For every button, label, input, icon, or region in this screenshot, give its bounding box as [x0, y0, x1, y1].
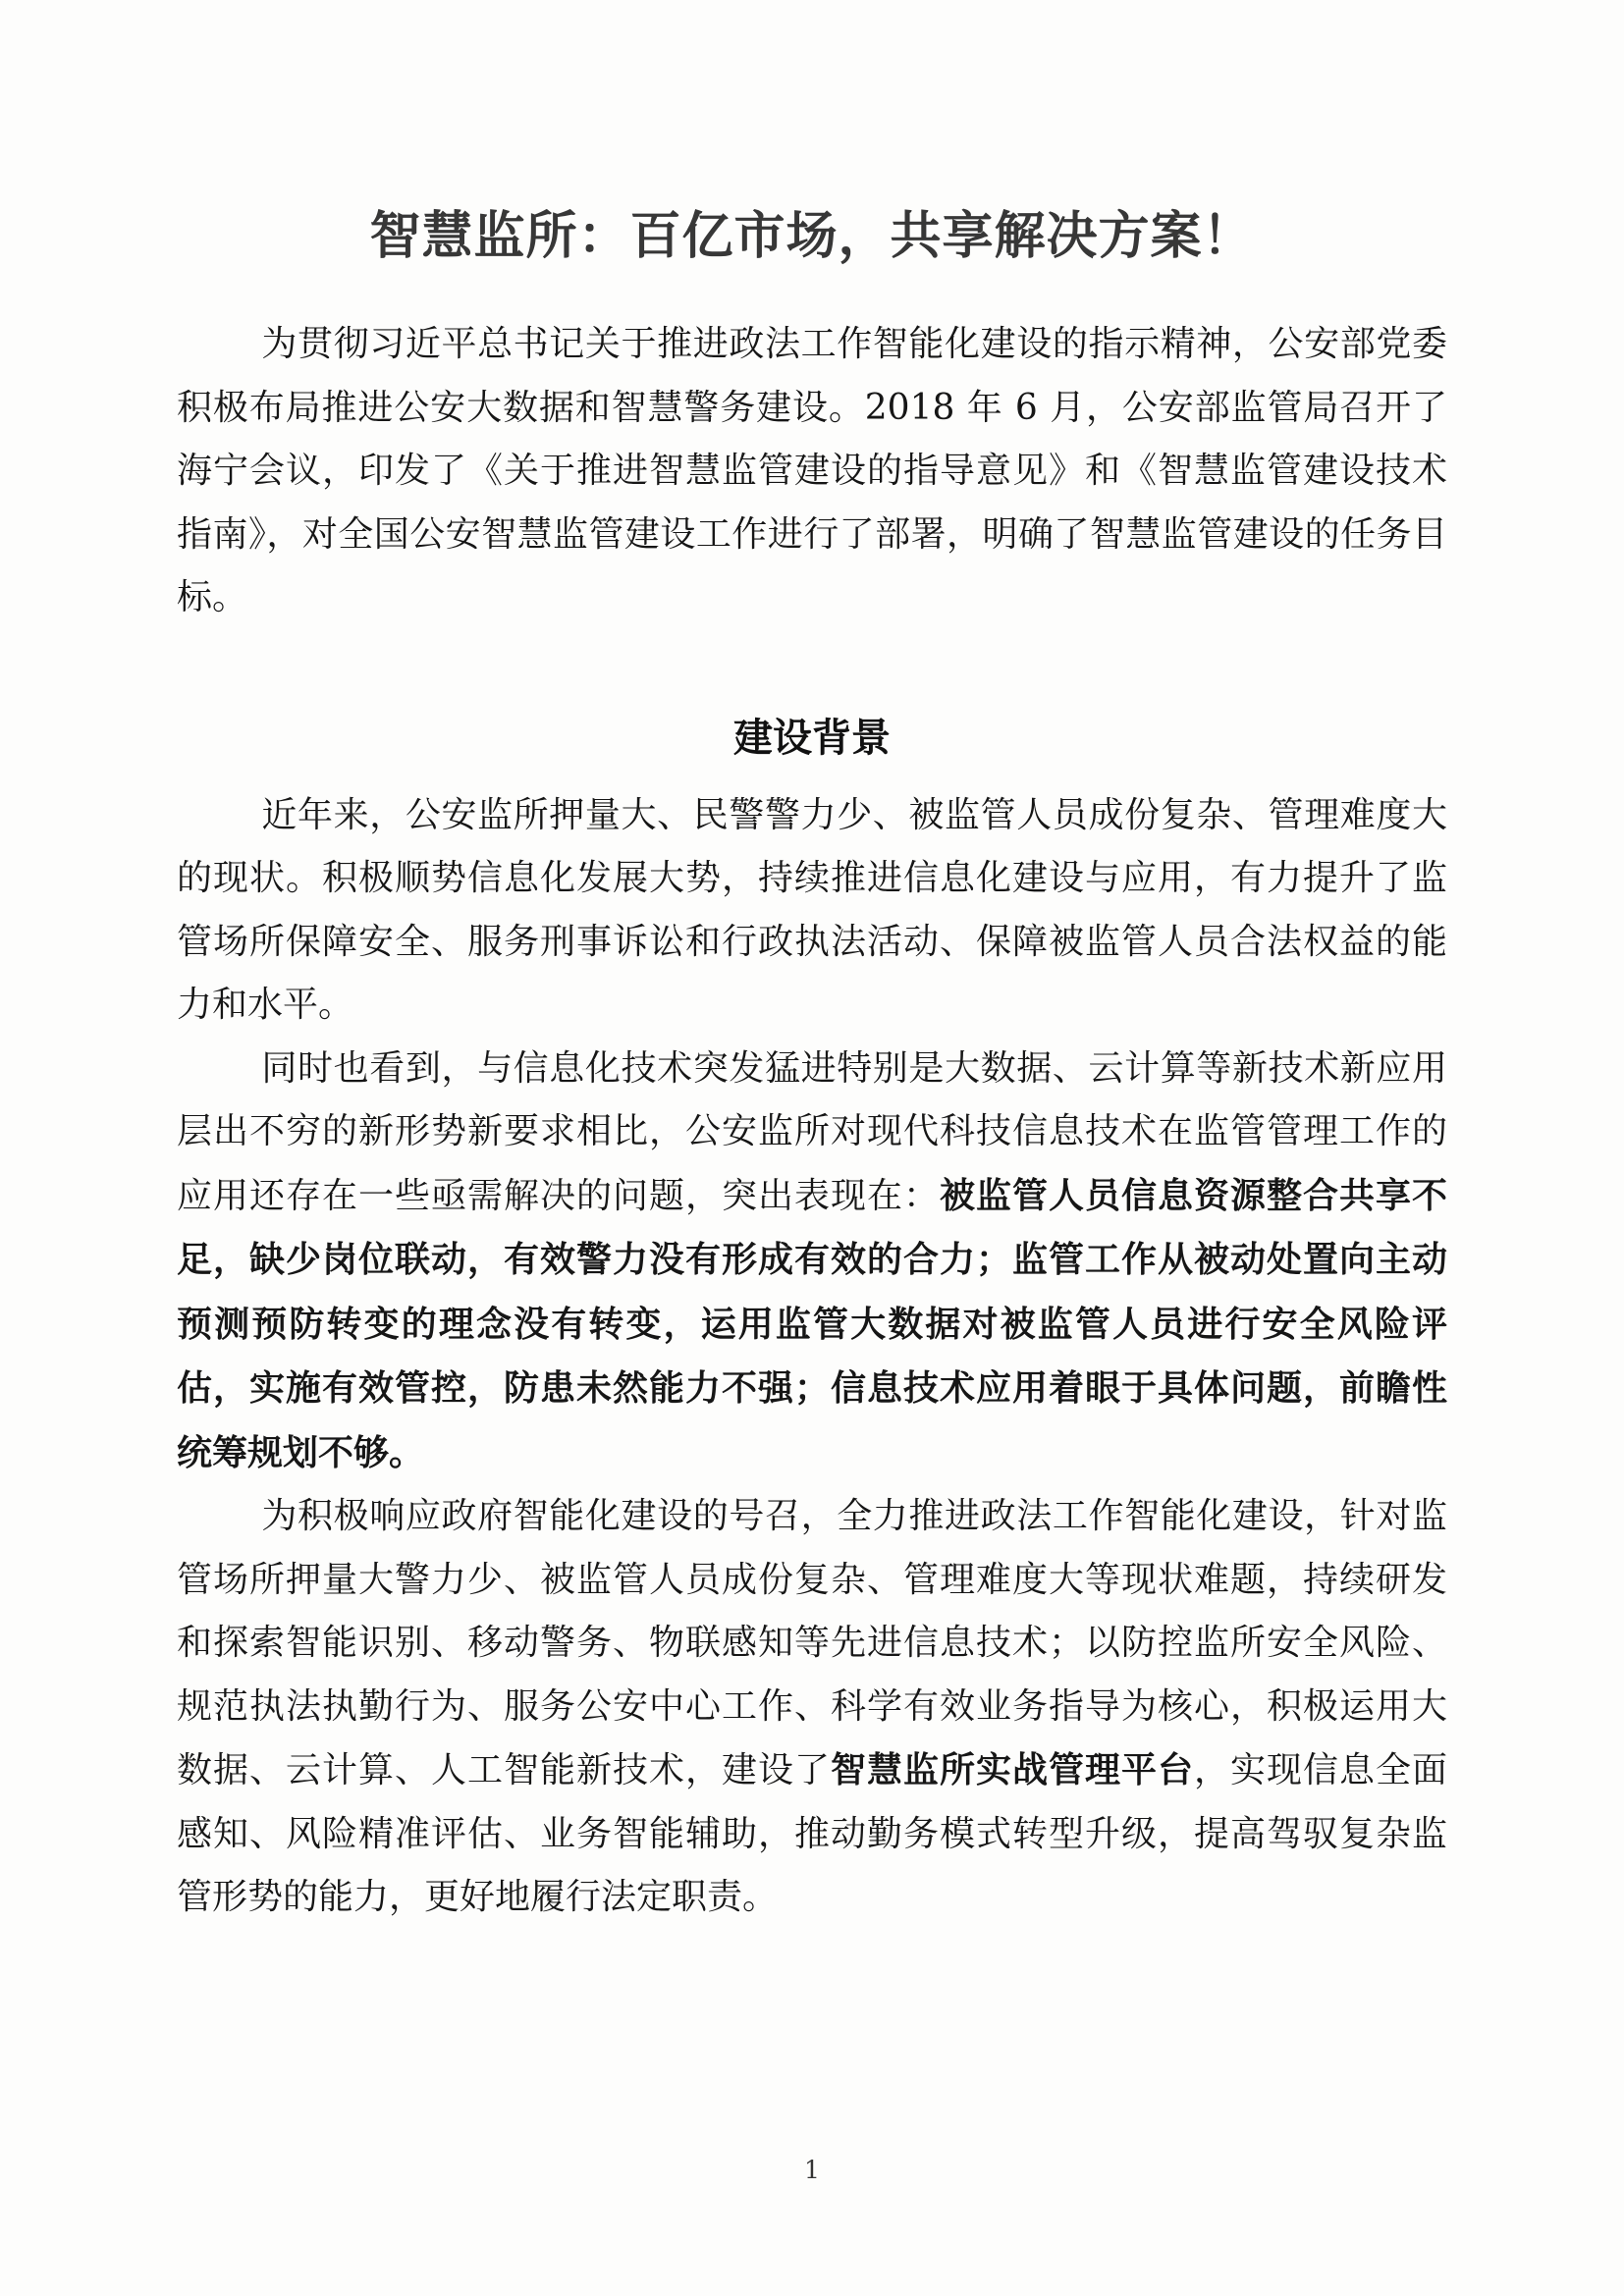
bold-text-run: 智慧监所实战管理平台	[831, 1749, 1194, 1790]
text-run: 近年来，公安监所押量大、民警警力少、被监管人员成份复杂、管理难度大的现状。积极顺…	[177, 795, 1447, 1026]
paragraph: 同时也看到，与信息化技术突发猛进特别是大数据、云计算等新技术新应用层出不穷的新形…	[177, 1038, 1447, 1486]
bold-text-run: 被监管人员信息资源整合共享不足，缺少岗位联动，有效警力没有形成有效的合力；监管工…	[177, 1175, 1447, 1473]
paragraph: 为贯彻习近平总书记关于推进政法工作智能化建设的指示精神，公安部党委积极布局推进公…	[177, 313, 1447, 630]
page-number: 1	[804, 2156, 820, 2184]
document-body: 为贯彻习近平总书记关于推进政法工作智能化建设的指示精神，公安部党委积极布局推进公…	[177, 313, 1447, 1930]
document-page: 智慧监所：百亿市场，共享解决方案！ 为贯彻习近平总书记关于推进政法工作智能化建设…	[0, 0, 1624, 2296]
document-title: 智慧监所：百亿市场，共享解决方案！	[177, 202, 1447, 271]
text-run: 为积极响应政府智能化建设的号召，全力推进政法工作智能化建设，针对监管场所押量大警…	[177, 1496, 1447, 1790]
page-footer: 1	[0, 2156, 1624, 2185]
section-heading: 建设背景	[177, 704, 1447, 773]
text-run: 为贯彻习近平总书记关于推进政法工作智能化建设的指示精神，公安部党委积极布局推进公…	[177, 324, 1447, 617]
paragraph: 近年来，公安监所押量大、民警警力少、被监管人员成份复杂、管理难度大的现状。积极顺…	[177, 784, 1447, 1038]
paragraph: 为积极响应政府智能化建设的号召，全力推进政法工作智能化建设，针对监管场所押量大警…	[177, 1485, 1447, 1930]
